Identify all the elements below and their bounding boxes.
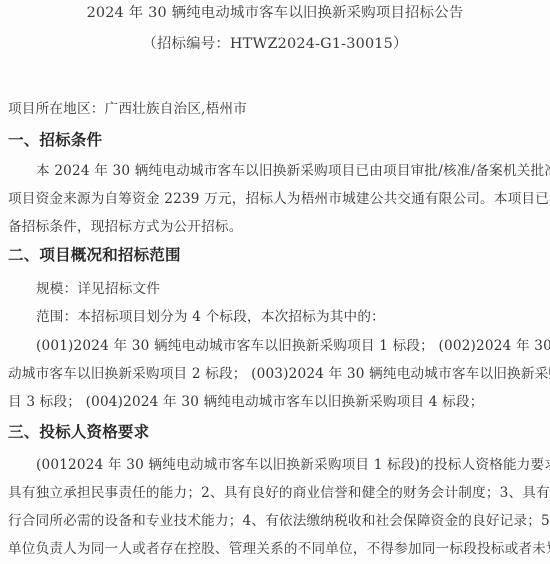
scale-line: 规模：详见招标文件 (36, 280, 160, 298)
lots-line: 动城市客车以旧换新采购项目 2 标段； (003)2024 年 30 辆纯电动城… (8, 365, 550, 383)
qualification-line: (0012024 年 30 辆纯电动城市客车以旧换新采购项目 1 标段)的投标人… (36, 456, 550, 474)
section-heading-project-overview: 二、项目概况和招标范围 (8, 246, 181, 264)
lots-line: 目 3 标段； (004)2024 年 30 辆纯电动城市客车以旧换新采购项目 … (8, 393, 484, 411)
document-page: 2024 年 30 辆纯电动城市客车以旧换新采购项目招标公告 （招标编号：HTW… (0, 0, 550, 564)
qualification-line: 行合同所必需的设备和专业技术能力；4、有依法缴纳税收和社会保障资金的良好记录；5… (8, 512, 550, 530)
section-heading-bidding-conditions: 一、招标条件 (8, 131, 102, 149)
paragraph-line: 备招标条件，现招标方式为公开招标。 (8, 218, 243, 236)
paragraph-line: 本 2024 年 30 辆纯电动城市客车以旧换新采购项目已由项目审批/核准/备案… (36, 162, 550, 180)
qualification-line: 具有独立承担民事责任的能力；2、具有良好的商业信誉和健全的财务会计制度；3、具有… (8, 484, 550, 502)
qualification-line: 单位负责人为同一人或者存在控股、管理关系的不同单位，不得参加同一标段投标或者未划 (8, 540, 550, 558)
project-region: 项目所在地区：广西壮族自治区,梧州市 (8, 100, 247, 118)
tender-number: （招标编号：HTWZ2024-G1-30015） (0, 35, 550, 53)
paragraph-line: 项目资金来源为自筹资金 2239 万元，招标人为梧州市城建公共交通有限公司。本项… (8, 190, 550, 208)
section-heading-bidder-qualifications: 三、投标人资格要求 (8, 423, 149, 441)
range-line: 范围：本招标项目划分为 4 个标段，本次招标为其中的： (36, 308, 385, 326)
document-title: 2024 年 30 辆纯电动城市客车以旧换新采购项目招标公告 (0, 4, 550, 22)
lots-line: (001)2024 年 30 辆纯电动城市客车以旧换新采购项目 1 标段； (0… (36, 337, 550, 355)
